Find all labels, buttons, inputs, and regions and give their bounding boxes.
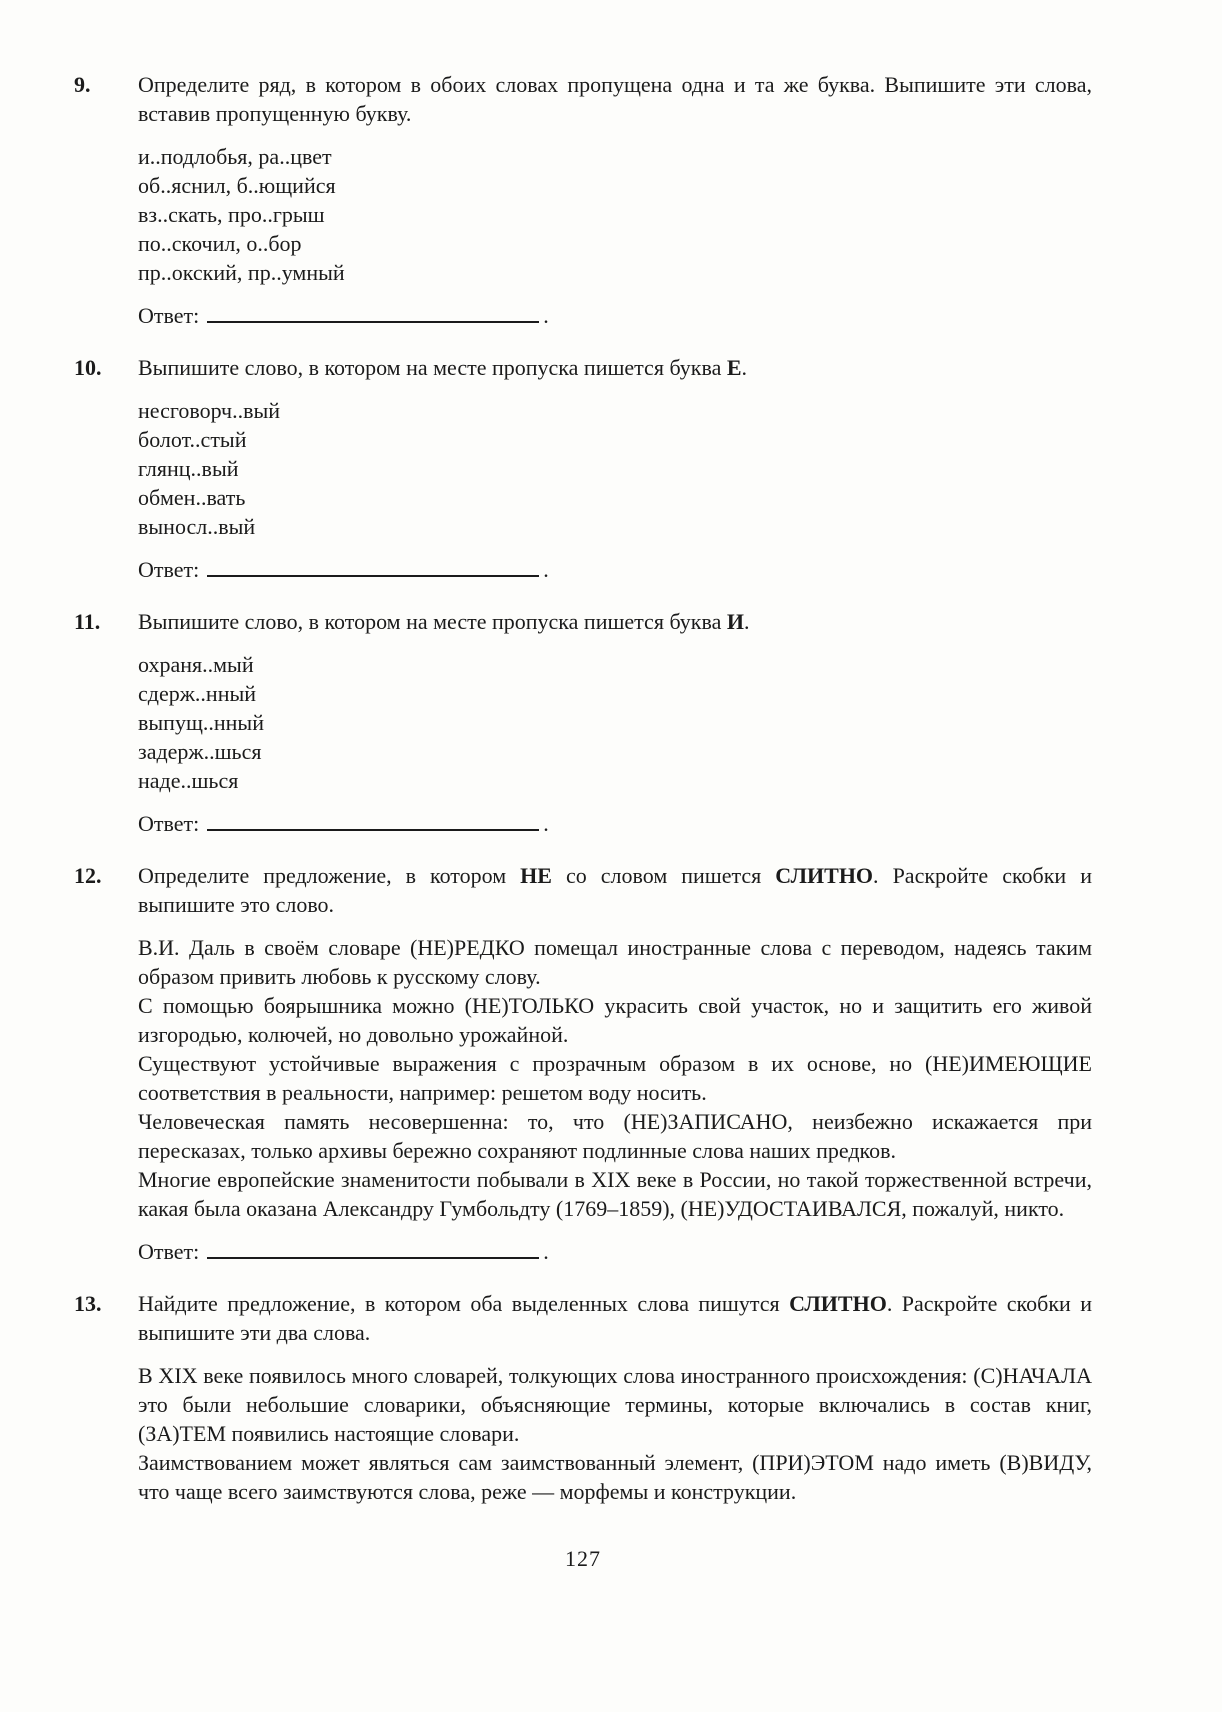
option-item: и..подлобья, ра..цвет [138,142,1092,171]
prompt-text: Найдите предложение, в котором оба выдел… [138,1291,789,1316]
option-item: об..яснил, б..ющийся [138,171,1092,200]
prompt-bold-word: НЕ [520,863,552,888]
question-prompt: Определите предложение, в котором НЕ со … [138,861,1092,919]
sentence-list: В XIX веке появилось много словарей, тол… [138,1361,1092,1506]
option-item: глянц..вый [138,454,1092,483]
answer-period: . [543,1239,549,1264]
prompt-bold-letter: И [727,609,744,634]
option-item: охраня..мый [138,650,1092,679]
option-item: наде..шься [138,766,1092,795]
page-number: 127 [74,1544,1092,1573]
answer-row: Ответ:. [138,807,1092,839]
option-item: выносл..вый [138,512,1092,541]
question-number: 9. [74,70,138,331]
prompt-text: со словом пишется [552,863,775,888]
prompt-text: . [744,609,750,634]
prompt-text: Определите предложение, в котором [138,863,520,888]
option-list: и..подлобья, ра..цвет об..яснил, б..ющий… [138,142,1092,287]
option-list: охраня..мый сдерж..нный выпущ..нный заде… [138,650,1092,795]
question-11: 11. Выпишите слово, в котором на месте п… [74,607,1092,839]
option-item: пр..окский, пр..умный [138,258,1092,287]
answer-blank-line [207,1235,539,1259]
question-body: Выпишите слово, в котором на месте пропу… [138,607,1092,839]
question-body: Определите предложение, в котором НЕ со … [138,861,1092,1267]
question-10: 10. Выпишите слово, в котором на месте п… [74,353,1092,585]
question-9: 9. Определите ряд, в котором в обоих сло… [74,70,1092,331]
answer-row: Ответ:. [138,553,1092,585]
question-prompt: Выпишите слово, в котором на месте пропу… [138,607,1092,636]
question-body: Выпишите слово, в котором на месте пропу… [138,353,1092,585]
option-item: задерж..шься [138,737,1092,766]
prompt-bold-word: СЛИТНО [789,1291,887,1316]
prompt-text: Выпишите слово, в котором на месте пропу… [138,609,727,634]
exam-page: 9. Определите ряд, в котором в обоих сло… [0,0,1222,1712]
question-body: Найдите предложение, в котором оба выдел… [138,1289,1092,1506]
sentence: Многие европейские знаменитости побывали… [138,1165,1092,1223]
option-item: обмен..вать [138,483,1092,512]
question-number: 11. [74,607,138,839]
answer-label: Ответ: [138,303,199,328]
answer-label: Ответ: [138,1239,199,1264]
option-item: выпущ..нный [138,708,1092,737]
sentence-list: В.И. Даль в своём словаре (НЕ)РЕДКО поме… [138,933,1092,1223]
answer-blank-line [207,553,539,577]
option-list: несговорч..вый болот..стый глянц..вый об… [138,396,1092,541]
question-prompt: Выпишите слово, в котором на месте пропу… [138,353,1092,382]
option-item: по..скочил, о..бор [138,229,1092,258]
prompt-bold-letter: Е [727,355,742,380]
question-number: 12. [74,861,138,1267]
answer-period: . [543,557,549,582]
question-number: 10. [74,353,138,585]
option-item: вз..скать, про..грыш [138,200,1092,229]
answer-period: . [543,303,549,328]
question-12: 12. Определите предложение, в котором НЕ… [74,861,1092,1267]
prompt-bold-word: СЛИТНО [775,863,873,888]
answer-blank-line [207,807,539,831]
answer-row: Ответ:. [138,299,1092,331]
question-body: Определите ряд, в котором в обоих словах… [138,70,1092,331]
sentence: В XIX веке появилось много словарей, тол… [138,1361,1092,1448]
sentence: Существуют устойчивые выражения с прозра… [138,1049,1092,1107]
answer-period: . [543,811,549,836]
option-item: болот..стый [138,425,1092,454]
option-item: сдерж..нный [138,679,1092,708]
question-13: 13. Найдите предложение, в котором оба в… [74,1289,1092,1506]
prompt-text: Выпишите слово, в котором на месте пропу… [138,355,727,380]
option-item: несговорч..вый [138,396,1092,425]
sentence: В.И. Даль в своём словаре (НЕ)РЕДКО поме… [138,933,1092,991]
sentence: Человеческая память несовершенна: то, чт… [138,1107,1092,1165]
prompt-text: . [742,355,748,380]
answer-blank-line [207,299,539,323]
question-prompt: Определите ряд, в котором в обоих словах… [138,70,1092,128]
answer-row: Ответ:. [138,1235,1092,1267]
sentence: С помощью боярышника можно (НЕ)ТОЛЬКО ук… [138,991,1092,1049]
question-number: 13. [74,1289,138,1506]
question-prompt: Найдите предложение, в котором оба выдел… [138,1289,1092,1347]
prompt-text: Определите ряд, в котором в обоих словах… [138,72,1092,126]
answer-label: Ответ: [138,811,199,836]
sentence: Заимствованием может являться сам заимст… [138,1448,1092,1506]
answer-label: Ответ: [138,557,199,582]
